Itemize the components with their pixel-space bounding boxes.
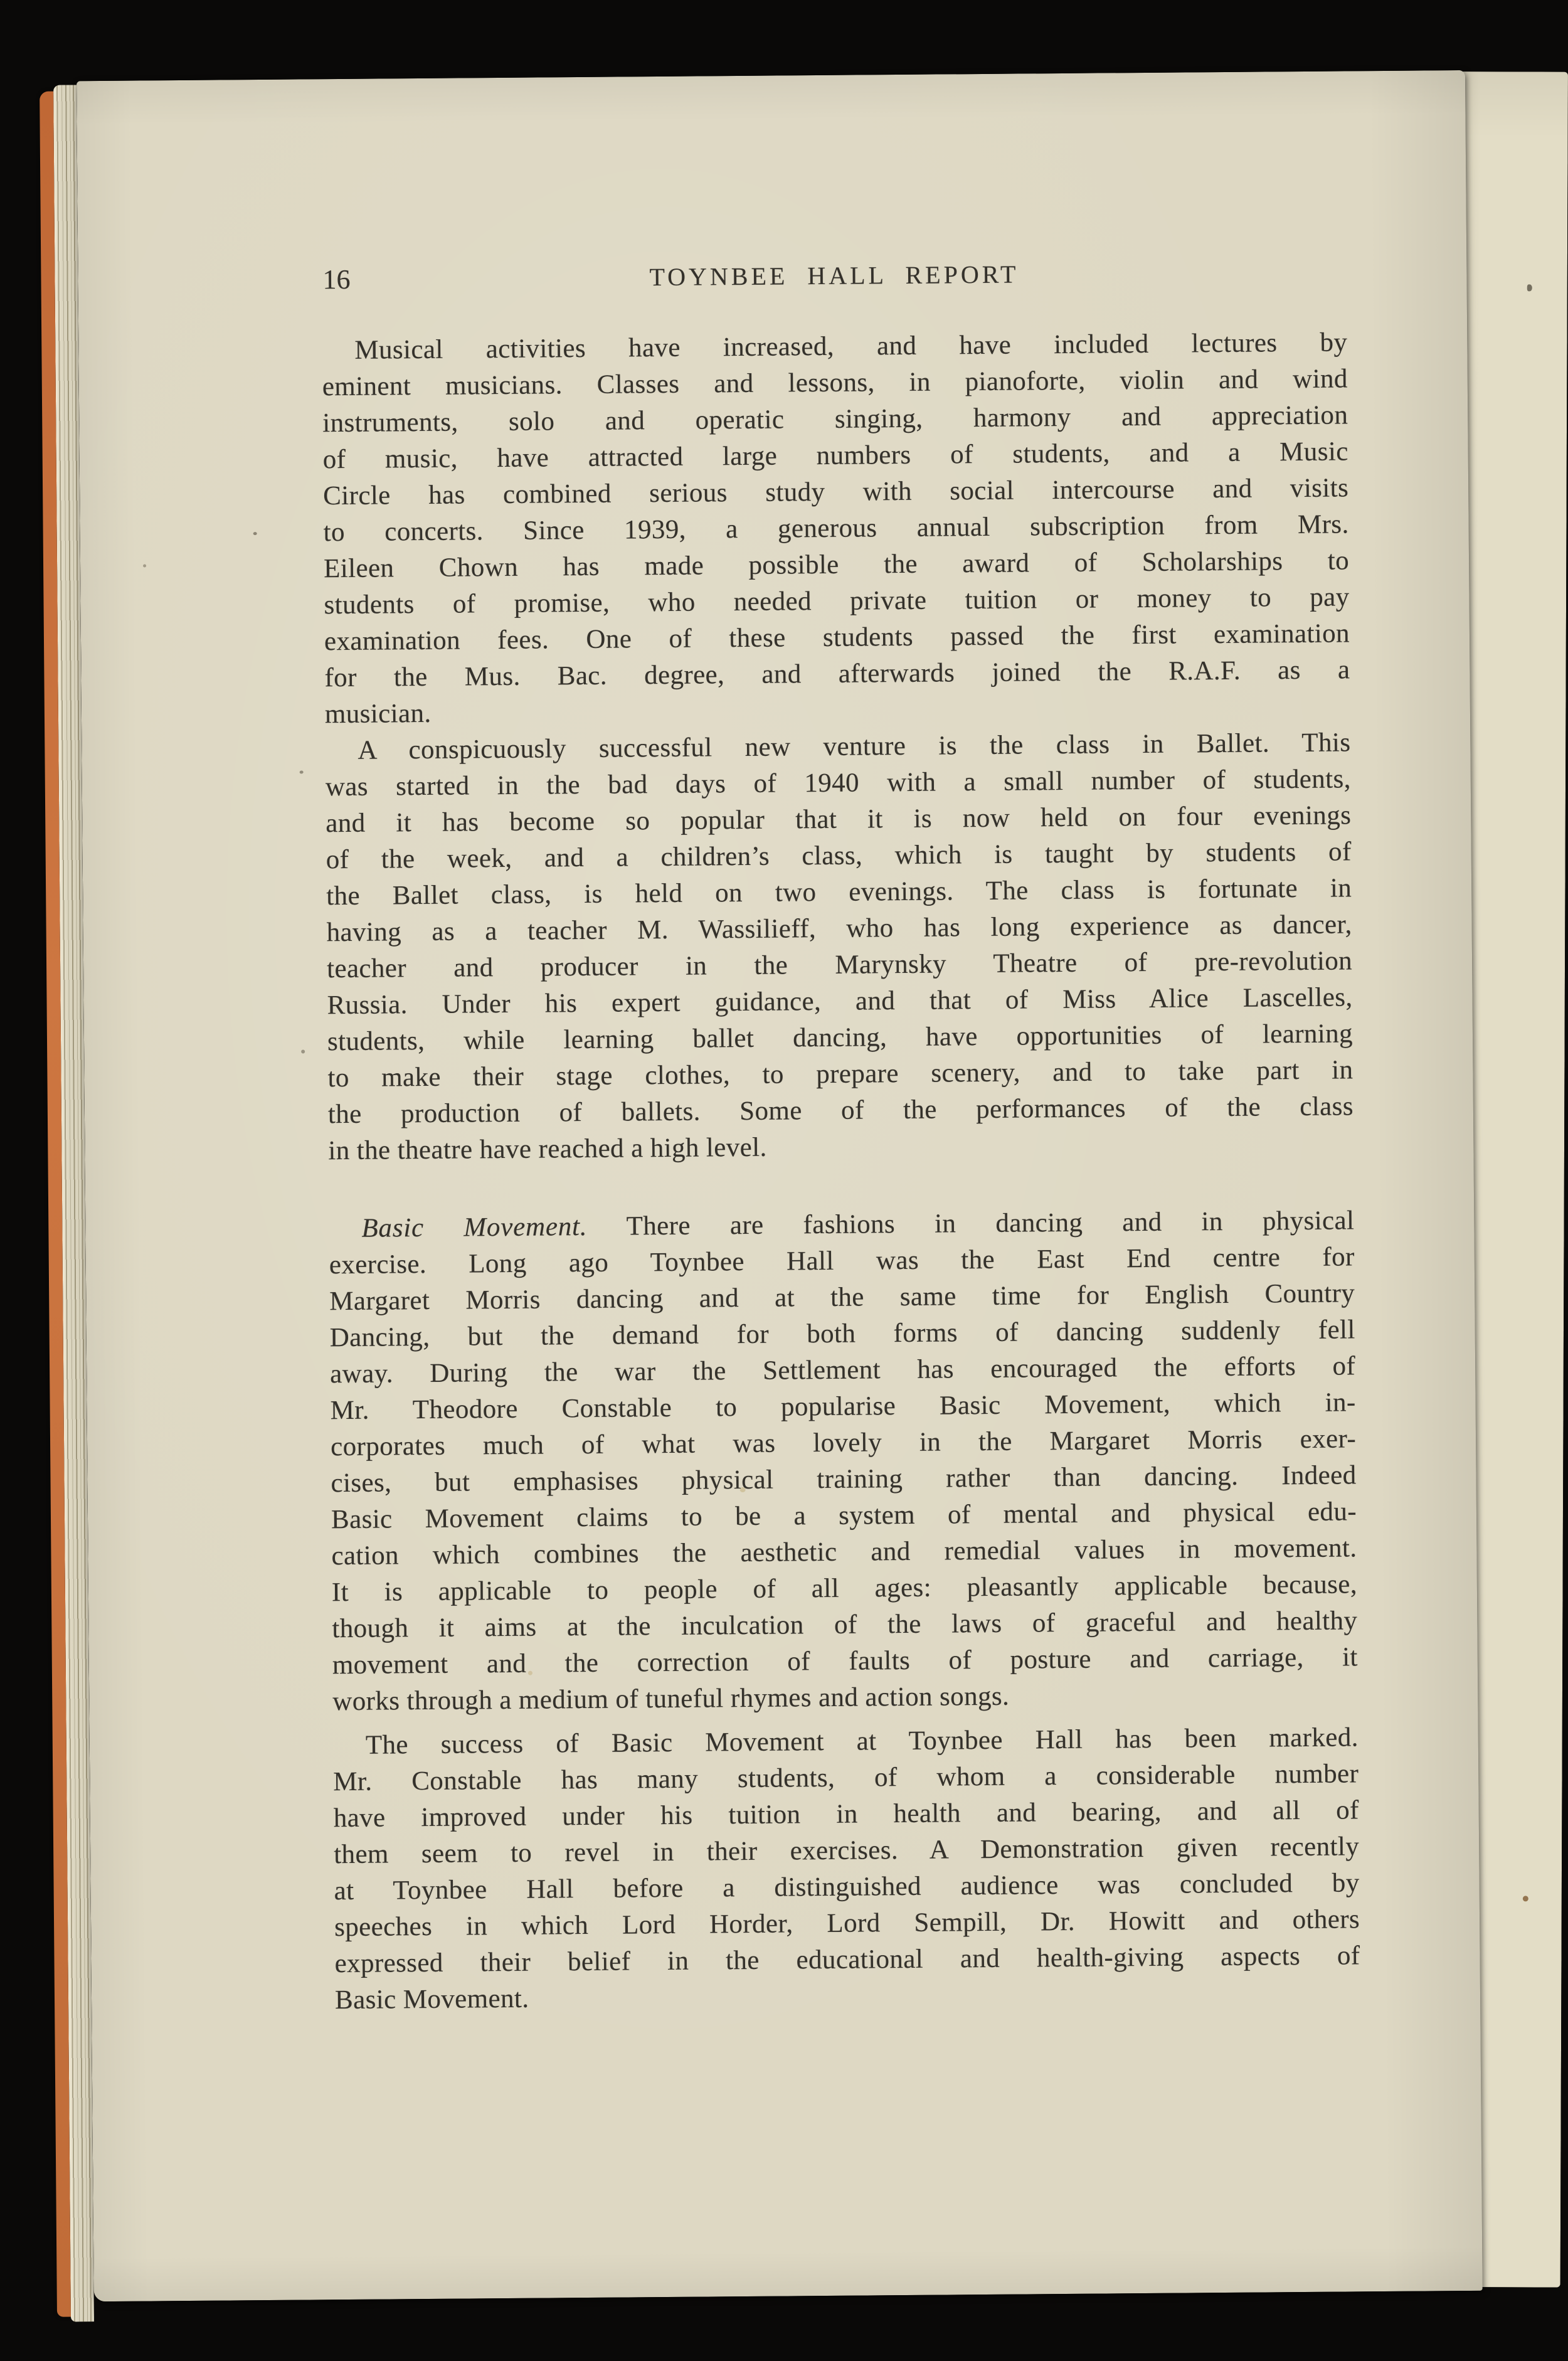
- text-line: works through a medium of tuneful rhymes…: [332, 1675, 1358, 1720]
- text-line: in the theatre have reached a high level…: [328, 1125, 1353, 1169]
- text-line: Basic Movement.: [335, 1974, 1360, 2019]
- page-speck: [1523, 1896, 1528, 1901]
- running-head: 16 TOYNBEE HALL REPORT: [321, 257, 1347, 295]
- page-speck: [1527, 284, 1532, 291]
- open-book: 16 TOYNBEE HALL REPORT Musical activitie…: [23, 70, 1483, 2321]
- page-speck: [143, 564, 146, 567]
- page-speck: [300, 771, 304, 774]
- page-speck: [253, 532, 257, 535]
- running-title: TOYNBEE HALL REPORT: [321, 257, 1347, 295]
- photo-backdrop: { "page": { "number": "16", "running_tit…: [0, 0, 1568, 2361]
- page-16: 16 TOYNBEE HALL REPORT Musical activitie…: [77, 70, 1483, 2301]
- page-speck: [740, 1487, 746, 1492]
- italic-lead: Basic Movement.: [361, 1212, 587, 1243]
- page-number: 16: [322, 265, 350, 295]
- page-speck: [528, 1671, 532, 1675]
- paragraph: A conspicuously successful new venture i…: [325, 724, 1353, 1169]
- paragraph: The success of Basic Movement at Toynbee…: [333, 1719, 1361, 2019]
- paragraph: Musical activities have increased, and h…: [322, 324, 1350, 733]
- page-speck: [301, 1050, 305, 1054]
- body-text: Musical activities have increased, and h…: [322, 324, 1360, 2019]
- paragraph: Basic Movement. There are fashions in da…: [329, 1202, 1358, 1720]
